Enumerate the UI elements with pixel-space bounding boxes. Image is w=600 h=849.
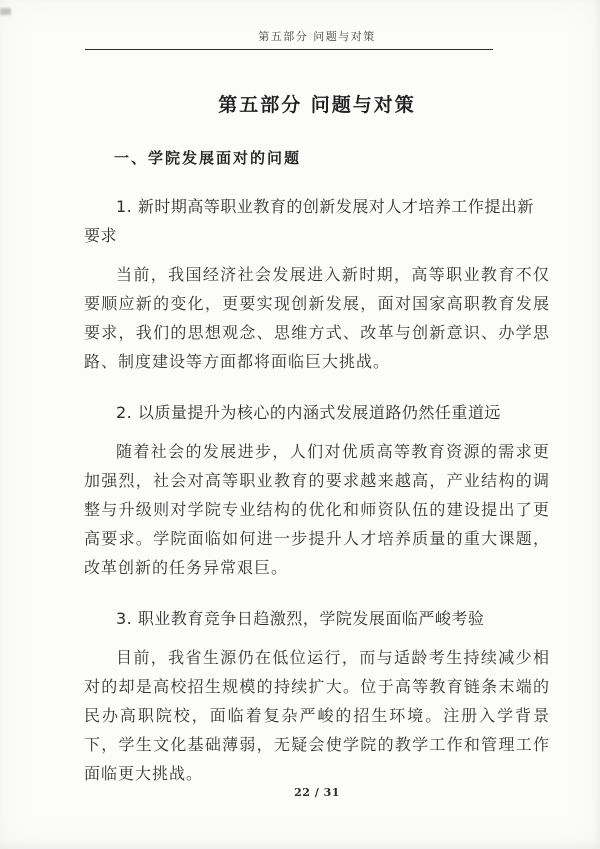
page-content: 第五部分 问题与对策 第五部分 问题与对策 一、学院发展面对的问题 1. 新时期…: [84, 0, 550, 788]
scan-artifact: [0, 8, 11, 15]
body-paragraph-3: 目前，我省生源仍在低位运行，而与适龄考生持续减少相对的却是高校招生规模的持续扩大…: [84, 643, 550, 788]
body-paragraph-2: 随着社会的发展进步，人们对优质高等教育资源的需求更加强烈，社会对高等职业教育的要…: [84, 437, 550, 582]
header-rule: [85, 49, 493, 50]
running-header: 第五部分 问题与对策: [84, 0, 550, 44]
section-heading: 一、学院发展面对的问题: [84, 146, 550, 170]
subheading-2: 2. 以质量提升为核心的内涵式发展道路仍然任重道远: [84, 398, 550, 427]
page-number: 22 / 31: [294, 786, 340, 799]
document-page: 第五部分 问题与对策 第五部分 问题与对策 一、学院发展面对的问题 1. 新时期…: [0, 0, 600, 849]
page-title: 第五部分 问题与对策: [84, 92, 550, 118]
subheading-3: 3. 职业教育竞争日趋激烈，学院发展面临严峻考验: [84, 604, 550, 633]
body-paragraph-1: 当前，我国经济社会发展进入新时期，高等职业教育不仅要顺应新的变化，更要实现创新发…: [84, 260, 550, 376]
running-header-title: 第五部分 问题与对策: [258, 30, 376, 43]
page-footer: 22 / 31: [84, 786, 550, 799]
subheading-1: 1. 新时期高等职业教育的创新发展对人才培养工作提出新要求: [84, 192, 550, 250]
